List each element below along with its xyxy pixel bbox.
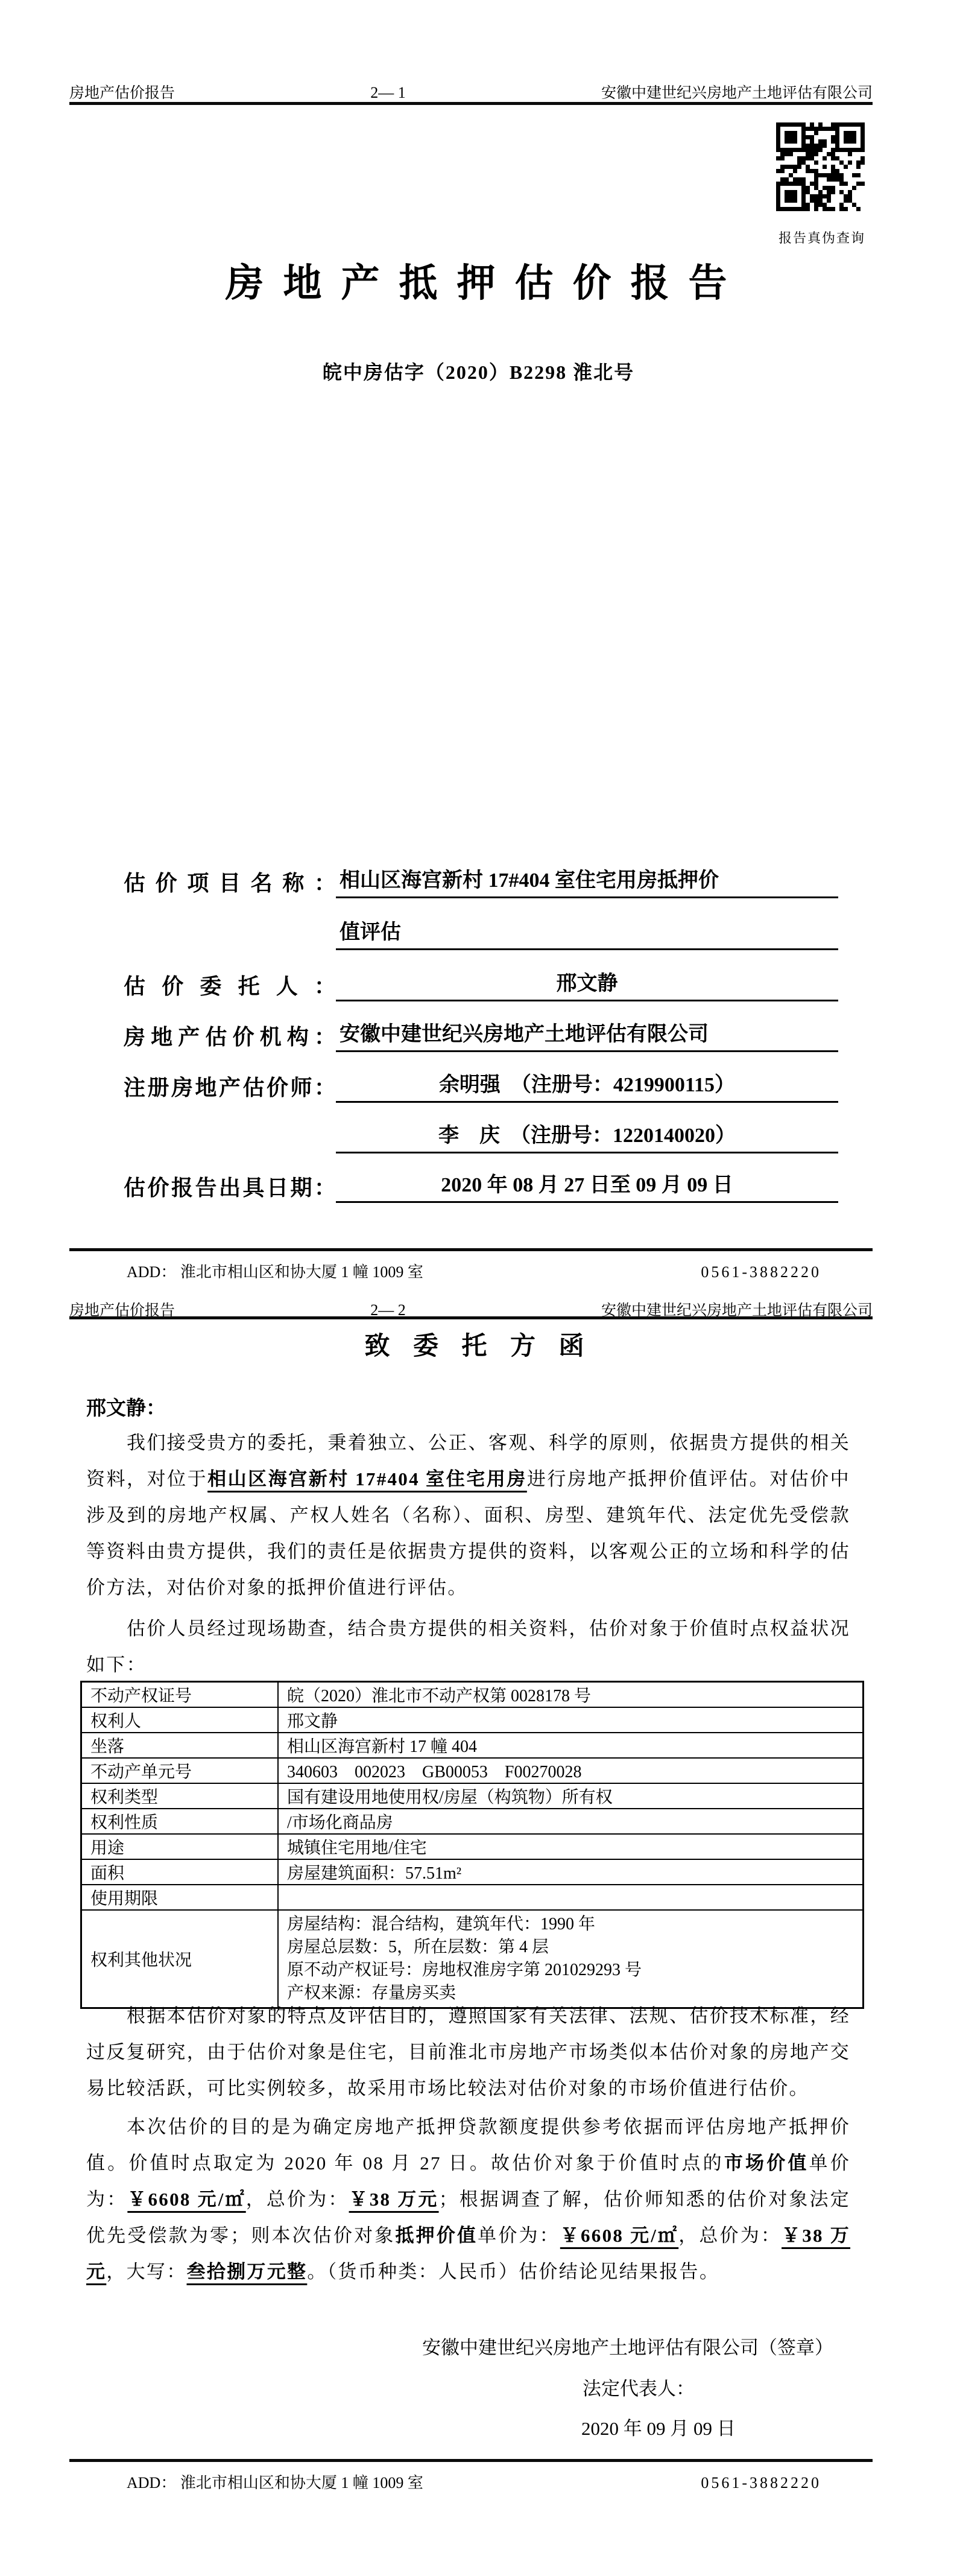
header-company-name: 安徽中建世纪兴房地产土地评估有限公司 [601, 81, 873, 103]
field-value: 安徽中建世纪兴房地产土地评估有限公司 [336, 1019, 838, 1052]
table-value-cell: 340603 002023 GB00053 F00270028 [278, 1758, 864, 1783]
header-page-number: 2— 1 [370, 84, 406, 102]
table-row: 坐落 相山区海宫新村 17 幢 404 [81, 1733, 864, 1758]
table-row: 用途 城镇住宅用地/住宅 [81, 1834, 864, 1859]
field-row-report-date: 估价报告出具日期： 2020 年 08 月 27 日至 09 月 09 日 [124, 1169, 838, 1203]
footer-address: ADD： 淮北市相山区和协大厦 1 幢 1009 室 [127, 2470, 423, 2493]
field-value: 余明强 （注册号：4219900115） [336, 1070, 838, 1103]
signature-legal-rep: 法定代表人： [583, 2373, 695, 2400]
table-label-cell: 使用期限 [81, 1885, 279, 1910]
table-label-cell: 用途 [81, 1834, 279, 1859]
page1-running-header: 房地产估价报告 2— 1 安徽中建世纪兴房地产土地评估有限公司 [69, 81, 873, 103]
table-label-cell: 不动产单元号 [81, 1758, 279, 1783]
table-row: 权利人 邢文静 [81, 1707, 864, 1733]
footer-phone: 0561-3882220 [701, 1263, 821, 1281]
table-label-cell: 权利类型 [81, 1783, 279, 1809]
report-number: 皖中房估字（2020）B2298 淮北号 [0, 357, 957, 385]
table-label-cell: 不动产权证号 [81, 1682, 279, 1708]
page-2: 房地产估价报告 2— 2 安徽中建世纪兴房地产土地评估有限公司 致 委 托 方 … [0, 1291, 957, 2576]
rights-status-table: 不动产权证号 皖（2020）淮北市不动产权第 0028178 号 权利人 邢文静… [80, 1681, 864, 2009]
table-label-cell: 权利其他状况 [81, 1910, 279, 2008]
table-label-cell: 权利人 [81, 1707, 279, 1733]
qr-caption: 报告真伪查询 [774, 228, 870, 247]
table-value-cell: 房屋建筑面积：57.51m² [278, 1859, 864, 1885]
field-label: 估价报告出具日期： [124, 1173, 336, 1203]
table-row: 权利类型 国有建设用地使用权/房屋（构筑物）所有权 [81, 1783, 864, 1809]
report-title: 房 地 产 抵 押 估 价 报 告 [0, 252, 957, 308]
salutation: 邢文静： [86, 1392, 166, 1421]
table-row: 不动产权证号 皖（2020）淮北市不动产权第 0028178 号 [81, 1682, 864, 1708]
field-label: 估价项目名称： [124, 868, 336, 898]
table-row: 权利其他状况 房屋结构：混合结构，建筑年代：1990 年房屋总层数：5，所在层数… [81, 1910, 864, 2008]
footer-rule [69, 1248, 873, 1251]
table-row: 面积 房屋建筑面积：57.51m² [81, 1859, 864, 1885]
field-label: 房地产估价机构： [124, 1022, 336, 1052]
letter-paragraph-3: 根据本估价对象的特点及评估目的，遵照国家有关法律、法规、估价技术标准，经过反复研… [86, 1998, 850, 2107]
field-row-agency: 房地产估价机构： 安徽中建世纪兴房地产土地评估有限公司 [124, 1018, 838, 1052]
table-row: 使用期限 [81, 1885, 864, 1910]
field-row-appraiser-1: 注册房地产估价师： 余明强 （注册号：4219900115） [124, 1069, 838, 1103]
signature-company: 安徽中建世纪兴房地产土地评估有限公司（签章） [422, 2332, 833, 2359]
field-row-client: 估价委托人： 邢文静 [124, 968, 838, 1001]
table-label-cell: 面积 [81, 1859, 279, 1885]
letter-paragraph-1: 我们接受贵方的委托，秉着独立、公正、客观、科学的原则，依据贵方提供的相关资料，对… [86, 1425, 850, 1606]
letter-paragraph-4: 本次估价的目的是为确定房地产抵押贷款额度提供参考依据而评估房地产抵押价值。价值时… [86, 2109, 850, 2290]
table-row: 权利性质 /市场化商品房 [81, 1809, 864, 1834]
footer-address: ADD： 淮北市相山区和协大厦 1 幢 1009 室 [127, 1260, 423, 1282]
field-row-project-name: 估价项目名称： 相山区海宫新村 17#404 室住宅用房抵押价 [124, 864, 838, 898]
table-value-cell: 邢文静 [278, 1707, 864, 1733]
field-label: 注册房地产估价师： [124, 1073, 336, 1103]
page2-footer: ADD： 淮北市相山区和协大厦 1 幢 1009 室 0561-3882220 [127, 2470, 821, 2493]
field-row-appraiser-2: 李 庆 （注册号：1220140020） [124, 1120, 838, 1153]
letter-paragraph-2: 估价人员经过现场勘查，结合贵方提供的相关资料，估价对象于价值时点权益状况如下： [86, 1611, 850, 1683]
footer-phone: 0561-3882220 [701, 2474, 821, 2492]
report-document: 房地产估价报告 2— 1 安徽中建世纪兴房地产土地评估有限公司 报告真伪查询 房… [0, 0, 957, 2576]
table-label-cell: 坐落 [81, 1733, 279, 1758]
table-value-cell: 国有建设用地使用权/房屋（构筑物）所有权 [278, 1783, 864, 1809]
table-value-cell: 房屋结构：混合结构，建筑年代：1990 年房屋总层数：5，所在层数：第 4 层原… [278, 1910, 864, 2008]
field-value: 李 庆 （注册号：1220140020） [336, 1120, 838, 1153]
qr-code [776, 122, 865, 212]
table-value-cell: /市场化商品房 [278, 1809, 864, 1834]
table-value-cell: 皖（2020）淮北市不动产权第 0028178 号 [278, 1682, 864, 1708]
field-value: 邢文静 [336, 968, 838, 1001]
field-value: 值评估 [336, 917, 838, 950]
table-value-cell: 相山区海宫新村 17 幢 404 [278, 1733, 864, 1758]
header-rule [69, 102, 873, 105]
page1-footer: ADD： 淮北市相山区和协大厦 1 幢 1009 室 0561-3882220 [127, 1260, 821, 1282]
table-label-cell: 权利性质 [81, 1809, 279, 1834]
page-1: 房地产估价报告 2— 1 安徽中建世纪兴房地产土地评估有限公司 报告真伪查询 房… [0, 0, 957, 1291]
table-row: 不动产单元号 340603 002023 GB00053 F00270028 [81, 1758, 864, 1783]
field-row-project-name-cont: 值评估 [124, 916, 838, 950]
table-value-cell [278, 1885, 864, 1910]
field-value: 相山区海宫新村 17#404 室住宅用房抵押价 [336, 865, 838, 898]
footer-rule [69, 2459, 873, 2462]
field-value: 2020 年 08 月 27 日至 09 月 09 日 [336, 1170, 838, 1203]
table-value-cell: 城镇住宅用地/住宅 [278, 1834, 864, 1859]
header-doc-title: 房地产估价报告 [69, 81, 175, 103]
signature-date: 2020 年 09 月 09 日 [581, 2413, 736, 2440]
field-label: 估价委托人： [124, 971, 336, 1001]
letter-title: 致 委 托 方 函 [0, 1326, 957, 1362]
header-rule [69, 1316, 873, 1319]
